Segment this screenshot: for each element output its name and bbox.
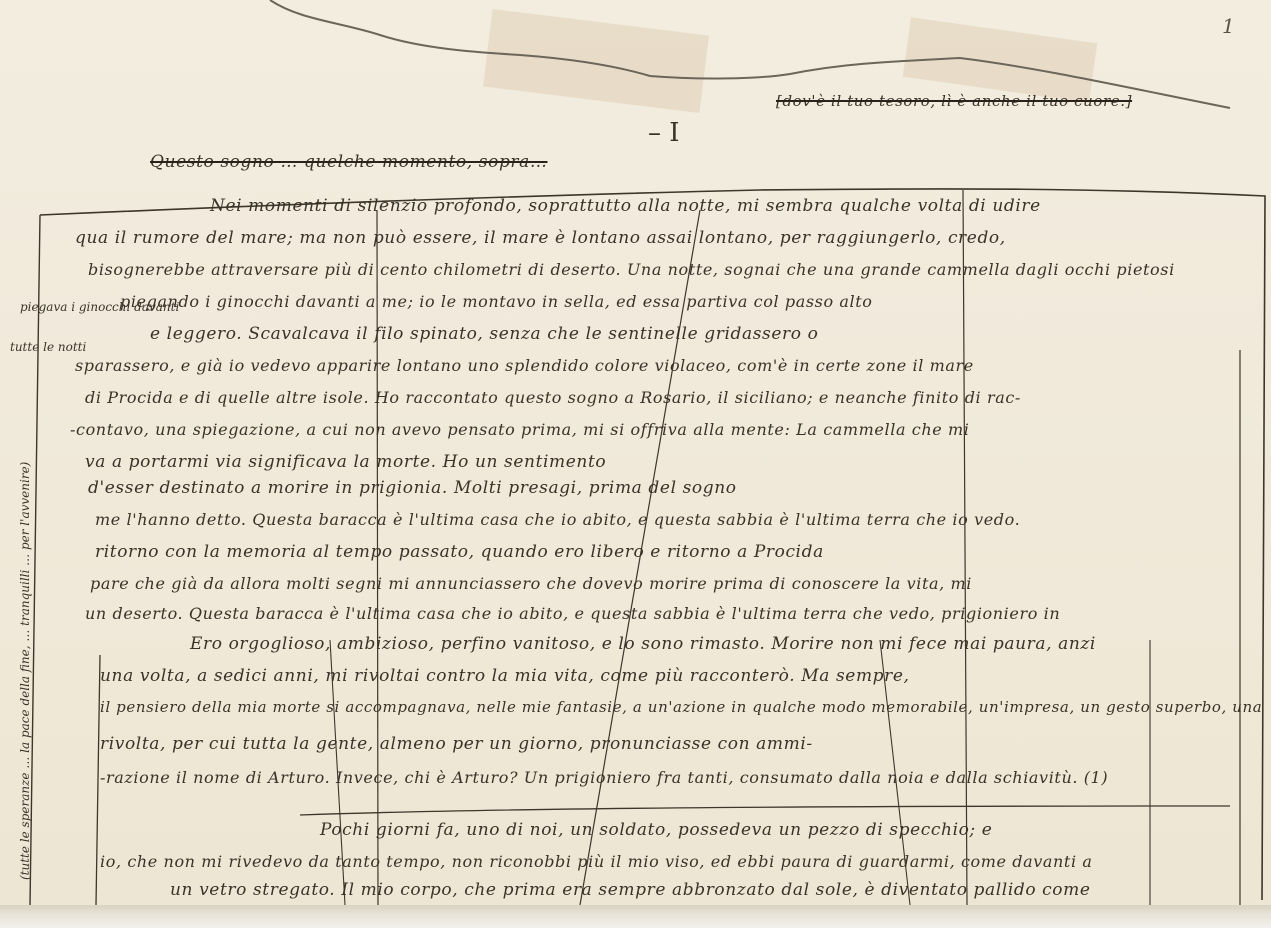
page-number: 1 xyxy=(1222,14,1235,38)
manuscript-line: rivolta, per cui tutta la gente, almeno … xyxy=(100,734,813,754)
manuscript-line: io, che non mi rivedevo da tanto tempo, … xyxy=(100,852,1093,871)
manuscript-line: me l'hanno detto. Questa baracca è l'ult… xyxy=(95,510,1020,529)
manuscript-line: di Procida e di quelle altre isole. Ho r… xyxy=(85,388,1021,407)
manuscript-line: bisognerebbe attraversare più di cento c… xyxy=(88,260,1175,279)
manuscript-line: Nei momenti di silenzio profondo, soprat… xyxy=(210,196,1041,216)
vertical-margin-note: (tutte le speranze … la pace della fine,… xyxy=(18,462,32,880)
ruling-line xyxy=(963,190,967,905)
manuscript-line: Ero orgoglioso, ambizioso, perfino vanit… xyxy=(190,634,1096,654)
manuscript-line: ritorno con la memoria al tempo passato,… xyxy=(95,542,824,562)
manuscript-line: -razione il nome di Arturo. Invece, chi … xyxy=(100,768,1108,787)
manuscript-line: un vetro stregato. Il mio corpo, che pri… xyxy=(170,880,1091,900)
struck-heading: Questo sogno … quelche momento, sopra… xyxy=(150,152,548,172)
manuscript-line: d'esser destinato a morire in prigionia.… xyxy=(88,478,737,498)
manuscript-line: piegando i ginocchi davanti a me; io le … xyxy=(120,292,873,311)
manuscript-line: -contavo, una spiegazione, a cui non ave… xyxy=(70,420,969,439)
manuscript-line: il pensiero della mia morte si accompagn… xyxy=(100,698,1262,716)
epigraph: [dov'è il tuo tesoro, lì è anche il tuo … xyxy=(776,92,1132,110)
manuscript-line: una volta, a sedici anni, mi rivoltai co… xyxy=(100,666,910,686)
page-bottom-edge xyxy=(0,905,1271,928)
manuscript-line: sparassero, e già io vedevo apparire lon… xyxy=(75,356,974,375)
manuscript-line: un deserto. Questa baracca è l'ultima ca… xyxy=(85,604,1060,623)
manuscript-line: pare che già da allora molti segni mi an… xyxy=(90,574,972,593)
margin-note: tutte le notti xyxy=(10,340,86,354)
margin-note: piegava i ginocchi davanti xyxy=(20,300,179,314)
chapter-numeral: – I xyxy=(648,118,680,148)
manuscript-line: qua il rumore del mare; ma non può esser… xyxy=(75,228,1006,248)
manuscript-line: e leggero. Scavalcava il filo spinato, s… xyxy=(150,324,818,344)
manuscript-line: Pochi giorni fa, uno di noi, un soldato,… xyxy=(320,820,992,840)
manuscript-line: va a portarmi via significava la morte. … xyxy=(85,452,606,472)
